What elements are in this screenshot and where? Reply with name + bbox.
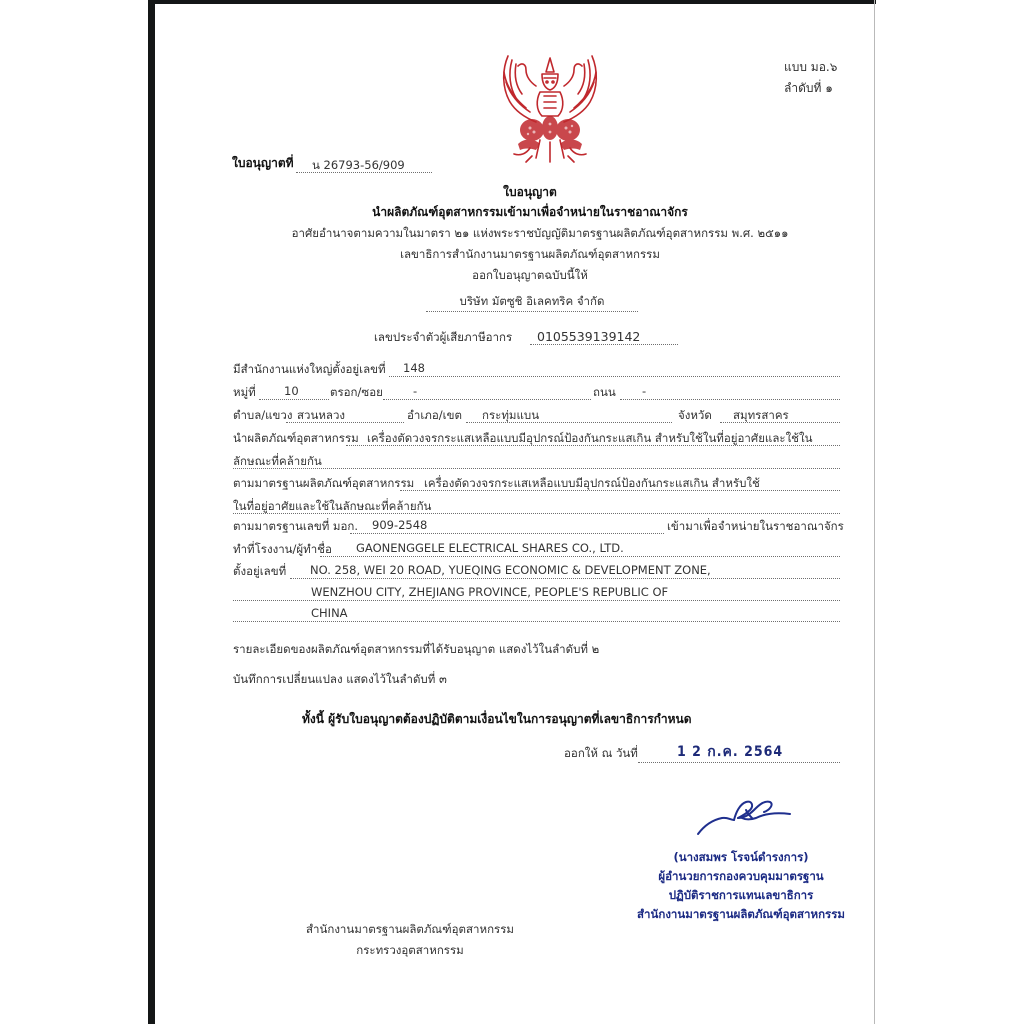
signatory-acting: ปฏิบัติราชการแทนเลขาธิการ: [600, 886, 882, 905]
head-office-line: [389, 376, 840, 377]
product-value-line-1: เครื่องตัดวงจรกระแสเหลือแบบมีอุปกรณ์ป้อง…: [367, 430, 812, 448]
authority-line: อาศัยอำนาจตามความในมาตรา ๒๑ แห่งพระราชบั…: [240, 226, 840, 240]
head-office-value: 148: [403, 361, 425, 375]
manufacturer-label: ทำที่โรงงาน/ผู้ทำชื่อ: [233, 542, 332, 556]
product-line-2: [233, 468, 840, 469]
standard-label: ตามมาตรฐานผลิตภัณฑ์อุตสาหกรรม: [233, 476, 414, 490]
issue-date-label: ออกให้ ณ วันที่: [564, 746, 638, 760]
location-line-2: [233, 600, 840, 601]
location-label: ตั้งอยู่เลขที่: [233, 564, 286, 578]
license-number-label: ใบอนุญาตที่: [232, 156, 294, 170]
manufacturer-line: [320, 556, 840, 557]
import-suffix: เข้ามาเพื่อจำหน่ายในราชอาณาจักร: [667, 519, 844, 533]
signature-block: (นางสมพร โรจน์ดำรงการ) ผู้อำนวยการกองควบ…: [600, 848, 882, 924]
details-note: รายละเอียดของผลิตภัณฑ์อุตสาหกรรมที่ได้รั…: [233, 642, 599, 656]
footer-ministry: กระทรวงอุตสาหกรรม: [270, 943, 550, 957]
standard-value-line-2: ในที่อยู่อาศัยและใช้ในลักษณะที่คล้ายกัน: [233, 498, 431, 516]
soi-label: ตรอก/ซอย: [330, 385, 383, 399]
form-code: แบบ มอ.๖: [784, 60, 837, 74]
tax-id-label: เลขประจำตัวผู้เสียภาษีอากร: [374, 330, 512, 344]
province-label: จังหวัด: [678, 408, 712, 422]
page-frame-left: [148, 0, 155, 1024]
province-value: สมุทรสาคร: [733, 407, 789, 425]
page-frame-top: [148, 0, 876, 4]
document-subtitle: นำผลิตภัณฑ์อุตสาหกรรมเข้ามาเพื่อจำหน่ายใ…: [330, 205, 730, 219]
moo-label: หมู่ที่: [233, 385, 256, 399]
issue-date-value: 1 2 ก.ค. 2564: [677, 741, 783, 763]
standard-value-line-1: เครื่องตัดวงจรกระแสเหลือแบบมีอุปกรณ์ป้อง…: [424, 475, 760, 493]
soi-line: [383, 399, 591, 400]
company-name: บริษัท มัตซูชิ อิเลคทริค จำกัด: [426, 294, 638, 308]
signature-mark: [694, 790, 794, 840]
road-label: ถนน: [593, 385, 616, 399]
tax-id-value: 0105539139142: [537, 329, 640, 344]
road-line: [620, 399, 840, 400]
location-value-line-2: WENZHOU CITY, ZHEJIANG PROVINCE, PEOPLE'…: [311, 585, 668, 599]
moo-line: [259, 399, 329, 400]
license-condition: ทั้งนี้ ผู้รับใบอนุญาตต้องปฏิบัติตามเงื่…: [302, 712, 692, 726]
moo-value: 10: [284, 384, 299, 398]
issue-to-line: ออกใบอนุญาตฉบับนี้ให้: [380, 268, 680, 282]
standard-number-value: 909-2548: [372, 518, 427, 532]
subdistrict-value: สวนหลวง: [297, 407, 345, 425]
subdistrict-label: ตำบล/แขวง: [233, 408, 293, 422]
signatory-office: สำนักงานมาตรฐานผลิตภัณฑ์อุตสาหกรรม: [600, 905, 882, 924]
location-value-line-3: CHINA: [311, 606, 348, 620]
sequence-number: ลำดับที่ ๑: [784, 81, 833, 95]
signatory-position: ผู้อำนวยการกองควบคุมมาตรฐาน: [600, 867, 882, 886]
soi-value: -: [413, 384, 417, 398]
standard-number-label: ตามมาตรฐานเลขที่ มอก.: [233, 519, 358, 533]
document-title: ใบอนุญาต: [380, 185, 680, 199]
road-value: -: [642, 384, 646, 398]
location-value-line-1: NO. 258, WEI 20 ROAD, YUEQING ECONOMIC &…: [310, 563, 711, 577]
product-label: นำผลิตภัณฑ์อุตสาหกรรม: [233, 431, 359, 445]
district-label: อำเภอ/เขต: [407, 408, 462, 422]
issuer-line: เลขาธิการสำนักงานมาตรฐานผลิตภัณฑ์อุตสาหก…: [330, 247, 730, 261]
product-value-line-2: ลักษณะที่คล้ายกัน: [233, 453, 322, 471]
company-name-line: [426, 311, 638, 312]
district-value: กระทุ่มแบน: [482, 407, 539, 425]
footer-agency: สำนักงานมาตรฐานผลิตภัณฑ์อุตสาหกรรม: [270, 922, 550, 936]
garuda-emblem-icon: [496, 52, 604, 166]
location-line-3: [233, 621, 840, 622]
tax-id-line: [530, 344, 678, 345]
changes-note: บันทึกการเปลี่ยนแปลง แสดงไว้ในลำดับที่ ๓: [233, 672, 447, 686]
head-office-label: มีสำนักงานแห่งใหญ่ตั้งอยู่เลขที่: [233, 362, 386, 376]
license-number-value: น 26793-56/909: [312, 157, 405, 175]
signatory-name: (นางสมพร โรจน์ดำรงการ): [600, 848, 882, 867]
location-line-1: [290, 578, 840, 579]
standard-number-line: [350, 533, 664, 534]
manufacturer-value: GAONENGGELE ELECTRICAL SHARES CO., LTD.: [356, 541, 624, 555]
